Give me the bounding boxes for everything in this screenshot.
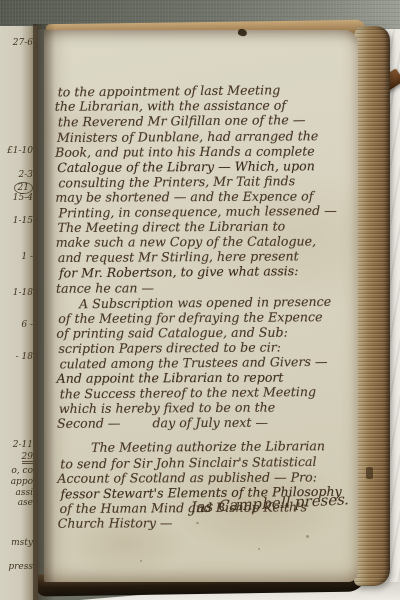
manuscript-line: The Meeting authorize the Librarian: [59, 438, 355, 455]
ledger-fragment: 2-3: [0, 170, 33, 182]
manuscript-line: A Subscription was opened in presence: [59, 293, 355, 311]
ledger-fragment: 29: [0, 452, 33, 464]
fore-edge-clasp-mark: [366, 467, 373, 479]
facing-page-fragments: 27-6£1-102-32115-41-151 -1-186 -- 182-11…: [0, 0, 34, 600]
paper-speck: [258, 548, 260, 550]
paper-speck: [140, 560, 142, 562]
ledger-fragment: ase: [0, 498, 33, 510]
ledger-fragment: - 18: [0, 352, 33, 364]
manuscript-line: for Mr. Robertson, to give what assis:: [59, 263, 355, 281]
ledger-fragment: msty: [0, 538, 33, 550]
photograph-of-manuscript: to the appointment of last Meetingthe Li…: [0, 0, 400, 600]
manuscript-line: make such a new Copy of the Catalogue,: [56, 234, 352, 251]
book-fore-edge: [354, 26, 390, 586]
ledger-fragment: 2-11: [0, 440, 33, 452]
ledger-fragment: 27-6: [0, 38, 33, 50]
ledger-fragment: 1 -: [0, 252, 33, 264]
manuscript-line: Book, and put into his Hands a complete: [55, 143, 351, 160]
ledger-fragment: press: [0, 562, 33, 574]
manuscript-line: to send for Sir John Sinclair's Statisti…: [60, 453, 356, 471]
manuscript-line: Account of Scotland as published — Pro:: [57, 469, 353, 486]
ledger-fragment: £1-10: [0, 146, 33, 158]
gutter-shadow: [33, 24, 55, 600]
manuscript-line: Second — day of July next —: [57, 415, 353, 432]
manuscript-page: to the appointment of last Meetingthe Li…: [44, 30, 358, 582]
ledger-fragment: 6 -: [0, 320, 33, 332]
paper-speck: [196, 522, 199, 524]
manuscript-line: the Success thereof to the next Meeting: [60, 384, 356, 402]
ledger-fragment: 1-15: [0, 216, 33, 228]
ledger-fragment: 1-18: [0, 288, 33, 300]
manuscript-text: to the appointment of last Meetingthe Li…: [56, 37, 355, 531]
ledger-fragment: 15-4: [0, 193, 33, 205]
manuscript-line: Ministers of Dunblane, had arranged the: [57, 128, 353, 145]
manuscript-line: of the Meeting for defraying the Expence: [58, 309, 354, 326]
manuscript-line: Printing, in consequence, much lessened …: [58, 203, 354, 221]
paper-speck: [306, 535, 309, 538]
manuscript-line: tance he can —: [56, 279, 352, 296]
manuscript-line: of printing said Catalogue, and Sub:: [56, 324, 352, 341]
